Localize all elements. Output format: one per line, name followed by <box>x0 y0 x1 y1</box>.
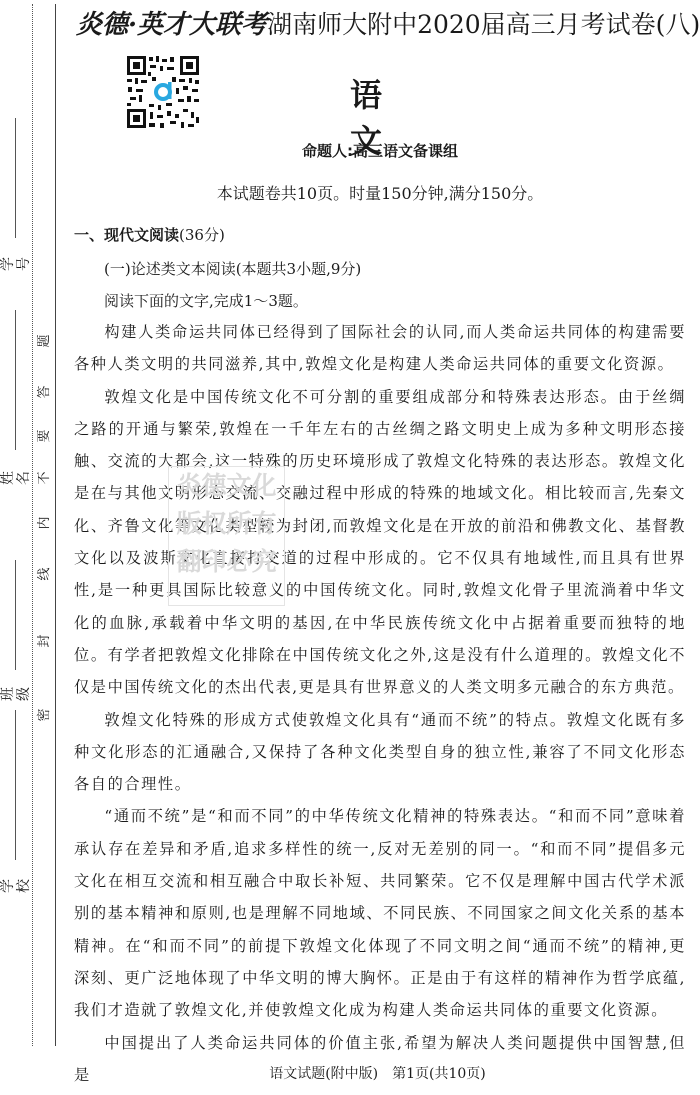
passage-paragraph: 敦煌文化是中国传统文化不可分割的重要组成部分和特殊表达形态。由于丝绸之路的开通与… <box>74 381 686 704</box>
class-blank[interactable] <box>15 560 16 670</box>
page-footer: 语文试题(附中版) 第1页(共10页) <box>0 1063 700 1083</box>
passage-paragraph: “通而不统”是“和而不同”的中华传统文化精神的特殊表达。“和而不同”意味着承认存… <box>74 800 686 1026</box>
exam-title: 湖南师大附中2020届高三月考试卷(八) <box>267 10 700 39</box>
passage-paragraph: 构建人类命运共同体已经得到了国际社会的认同,而人类命运共同体的构建需要各种人类文… <box>74 316 686 381</box>
school-label: 学 校 <box>0 878 32 894</box>
reading-passage: 构建人类命运共同体已经得到了国际社会的认同,而人类命运共同体的构建需要各种人类文… <box>74 316 686 1091</box>
author-line: 命题人:高三语文备课组 <box>0 140 700 161</box>
seal-notice-char: 不 <box>37 470 53 486</box>
seal-notice-char: 封 <box>37 633 53 649</box>
seal-notice-char: 题 <box>37 333 53 349</box>
reading-instruction: 阅读下面的文字,完成1～3题。 <box>104 290 308 311</box>
exam-header: 炎德·英才大联考湖南师大附中2020届高三月考试卷(八) <box>76 5 700 45</box>
subsection-heading: (一)论述类文本阅读(本题共3小题,9分) <box>104 258 361 279</box>
seal-notice-char: 答 <box>37 384 53 400</box>
section-score: (36分) <box>179 226 225 244</box>
name-label: 姓 名 <box>0 470 32 486</box>
seal-notice-char: 线 <box>37 566 53 582</box>
section-heading: 一、现代文阅读(36分) <box>74 224 225 245</box>
section-title: 现代文阅读 <box>104 226 179 244</box>
seal-notice-char: 要 <box>37 428 53 444</box>
student-id-label: 学 号 <box>0 256 32 272</box>
class-label: 班 级 <box>0 686 32 702</box>
school-blank[interactable] <box>15 710 16 860</box>
section-number: 一、 <box>74 226 104 244</box>
name-blank[interactable] <box>15 310 16 450</box>
exam-info: 本试题卷共10页。时量150分钟,满分150分。 <box>0 181 700 204</box>
passage-paragraph: 敦煌文化特殊的形成方式使敦煌文化具有“通而不统”的特点。敦煌文化既有多种文化形态… <box>74 704 686 801</box>
qr-code-icon[interactable] <box>126 55 200 129</box>
student-id-blank[interactable] <box>15 118 16 238</box>
brand-name: 炎德·英才大联考 <box>76 10 267 40</box>
seal-notice-char: 内 <box>37 515 53 531</box>
seal-notice-char: 密 <box>37 707 53 723</box>
